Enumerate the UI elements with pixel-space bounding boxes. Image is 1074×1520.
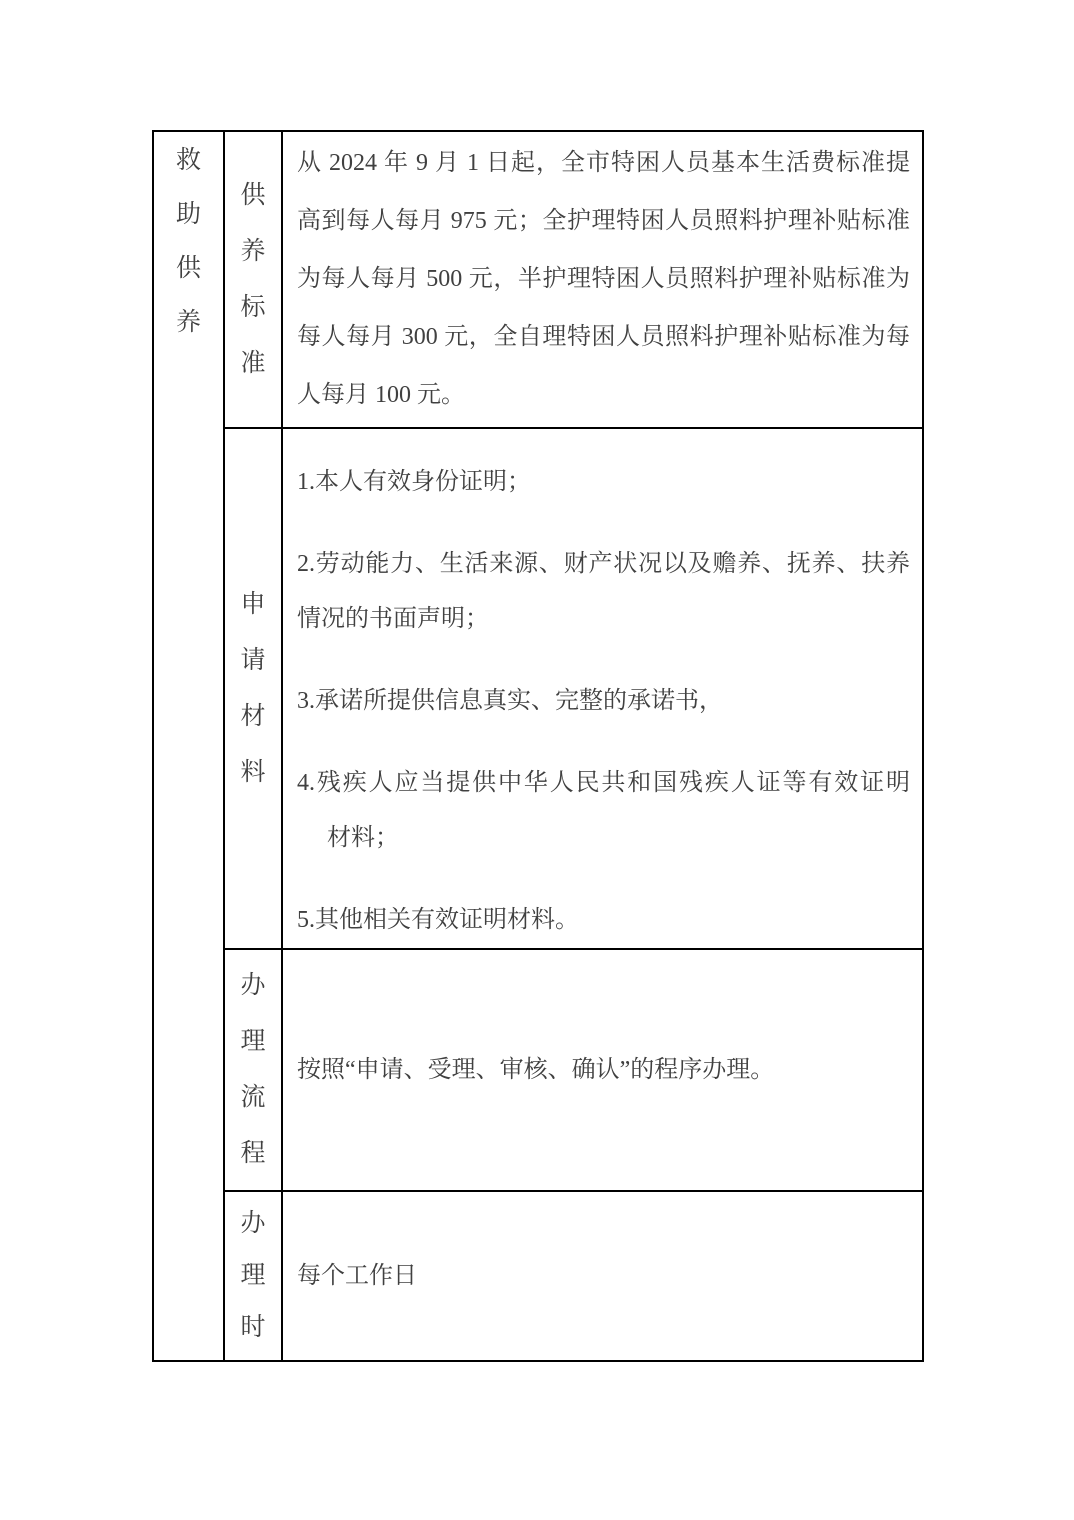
- label-cell-support-standard: 供养标准: [225, 132, 283, 427]
- row-application-materials: 申请材料 1.本人有效身份证明； 2.劳动能力、生活来源、财产状况以及赡养、抚养…: [225, 429, 922, 950]
- label-support-standard: 供养标准: [240, 168, 265, 392]
- text-line: 从 2024 年 9 月 1 日起，全市特困人员基本生活费标准提: [297, 134, 910, 192]
- cell-support-standard-content: 从 2024 年 9 月 1 日起，全市特困人员基本生活费标准提 高到每人每月 …: [283, 132, 922, 427]
- row-support-standard: 供养标准 从 2024 年 9 月 1 日起，全市特困人员基本生活费标准提 高到…: [225, 132, 922, 429]
- text-line: 每个工作日: [297, 1256, 910, 1296]
- row-processing-time: 办理时 每个工作日: [225, 1192, 922, 1360]
- label-processing-time: 办理时: [240, 1198, 265, 1354]
- cell-processing-time-content: 每个工作日: [283, 1192, 922, 1360]
- category-cell: 救助供养: [154, 132, 225, 1360]
- text-line: 为每人每月 500 元，半护理特困人员照料护理补贴标准为: [297, 250, 910, 308]
- text-line: 每人每月 300 元，全自理特困人员照料护理补贴标准为每: [297, 308, 910, 366]
- cell-processing-procedure-content: 按照“申请、受理、审核、确认”的程序办理。: [283, 950, 922, 1190]
- label-cell-application-materials: 申请材料: [225, 429, 283, 948]
- text-line: 按照“申请、受理、审核、确认”的程序办理。: [297, 1050, 910, 1090]
- text-line: 3.承诺所提供信息真实、完整的承诺书，: [297, 674, 910, 729]
- row-processing-procedure: 办理流程 按照“申请、受理、审核、确认”的程序办理。: [225, 950, 922, 1192]
- label-cell-processing-time: 办理时: [225, 1192, 283, 1360]
- table-rows: 供养标准 从 2024 年 9 月 1 日起，全市特困人员基本生活费标准提 高到…: [225, 132, 922, 1360]
- text-line: 1.本人有效身份证明；: [297, 455, 910, 510]
- document-page: 救助供养 供养标准 从 2024 年 9 月 1 日起，全市特困人员基本生活费标…: [0, 0, 1074, 1520]
- info-table: 救助供养 供养标准 从 2024 年 9 月 1 日起，全市特困人员基本生活费标…: [152, 130, 924, 1362]
- label-processing-procedure: 办理流程: [240, 958, 265, 1182]
- cell-application-materials-content: 1.本人有效身份证明； 2.劳动能力、生活来源、财产状况以及赡养、抚养、扶养 情…: [283, 429, 922, 948]
- text-line: 情况的书面声明；: [297, 592, 910, 647]
- label-cell-processing-procedure: 办理流程: [225, 950, 283, 1190]
- text-line: 2.劳动能力、生活来源、财产状况以及赡养、抚养、扶养: [297, 537, 910, 592]
- text-line: 高到每人每月 975 元；全护理特困人员照料护理补贴标准: [297, 192, 910, 250]
- label-application-materials: 申请材料: [240, 577, 265, 801]
- text-line: 人每月 100 元。: [297, 366, 910, 424]
- text-line: 材料；: [297, 811, 910, 866]
- category-label: 救助供养: [176, 134, 201, 350]
- text-line: 4.残疾人应当提供中华人民共和国残疾人证等有效证明: [297, 756, 910, 811]
- text-line: 5.其他相关有效证明材料。: [297, 893, 910, 948]
